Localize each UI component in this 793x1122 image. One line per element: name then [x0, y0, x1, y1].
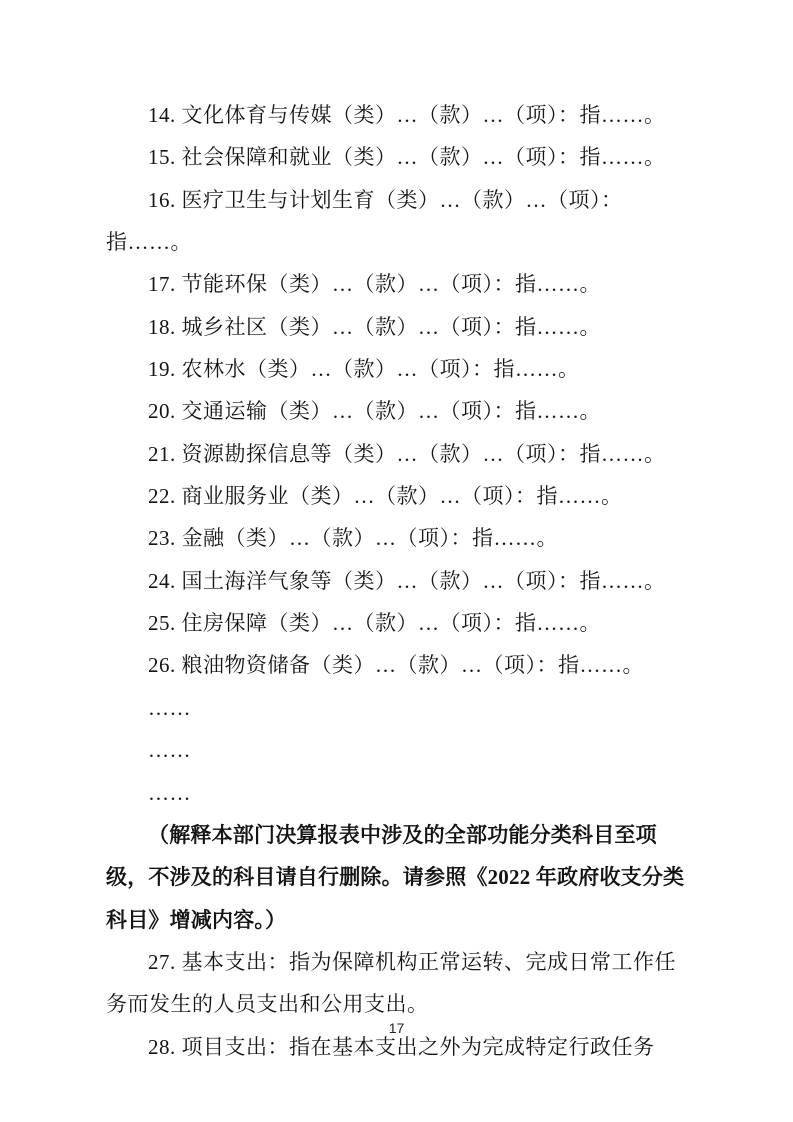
- list-item-20: 20. 交通运输（类）…（款）…（项）：指……。: [106, 390, 688, 432]
- list-item-15: 15. 社会保障和就业（类）…（款）…（项）：指……。: [106, 136, 688, 178]
- ellipsis-line: ……: [106, 687, 688, 729]
- list-item-17: 17. 节能环保（类）…（款）…（项）：指……。: [106, 263, 688, 305]
- list-item-26: 26. 粮油物资储备（类）…（款）…（项）：指……。: [106, 644, 688, 686]
- list-item-25: 25. 住房保障（类）…（款）…（项）：指……。: [106, 602, 688, 644]
- list-item-19: 19. 农林水（类）…（款）…（项）：指……。: [106, 348, 688, 390]
- page-footer: 17: [0, 1020, 793, 1036]
- list-item-18: 18. 城乡社区（类）…（款）…（项）：指……。: [106, 306, 688, 348]
- list-item-23: 23. 金融（类）…（款）…（项）：指……。: [106, 517, 688, 559]
- list-item-16: 16. 医疗卫生与计划生育（类）…（款）…（项）：指……。: [106, 179, 688, 264]
- definition-item-27: 27. 基本支出：指为保障机构正常运转、完成日常工作任务而发生的人员支出和公用支…: [106, 941, 688, 1026]
- list-item-21: 21. 资源勘探信息等（类）…（款）…（项）：指……。: [106, 433, 688, 475]
- list-item-14: 14. 文化体育与传媒（类）…（款）…（项）：指……。: [106, 94, 688, 136]
- list-item-24: 24. 国土海洋气象等（类）…（款）…（项）：指……。: [106, 560, 688, 602]
- bold-instruction-note: （解释本部门决算报表中涉及的全部功能分类科目至项级，不涉及的科目请自行删除。请参…: [106, 814, 688, 941]
- list-item-22: 22. 商业服务业（类）…（款）…（项）：指……。: [106, 475, 688, 517]
- document-page: 14. 文化体育与传媒（类）…（款）…（项）：指……。 15. 社会保障和就业（…: [0, 0, 793, 1122]
- ellipsis-line: ……: [106, 772, 688, 814]
- ellipsis-line: ……: [106, 729, 688, 771]
- page-number: 17: [389, 1020, 405, 1036]
- document-content: 14. 文化体育与传媒（类）…（款）…（项）：指……。 15. 社会保障和就业（…: [106, 94, 688, 1068]
